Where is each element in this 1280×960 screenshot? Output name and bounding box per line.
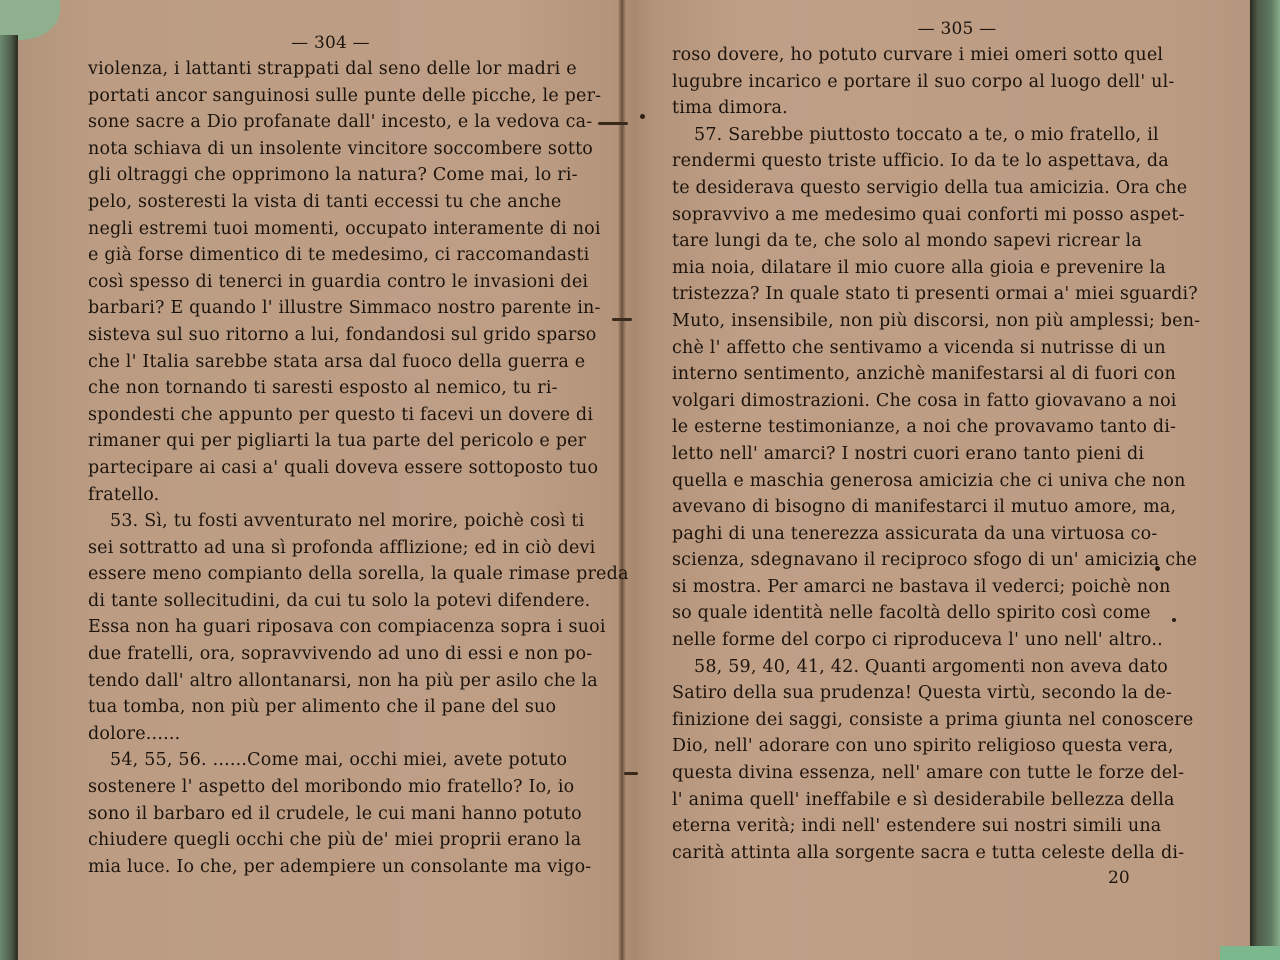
- text-line: Essa non ha guari riposava con compiacen…: [88, 614, 543, 641]
- text-line: 57. Sarebbe piuttosto toccato a te, o mi…: [672, 122, 1142, 149]
- text-line: rendermi questo triste ufficio. Io da te…: [672, 148, 1142, 175]
- text-line: sono il barbaro ed il crudele, le cui ma…: [88, 801, 543, 828]
- text-line: 58, 59, 40, 41, 42. Quanti argomenti non…: [672, 654, 1142, 681]
- text-line: pelo, sosteresti la vista di tanti ecces…: [88, 189, 543, 216]
- text-line: negli estremi tuoi momenti, occupato int…: [88, 216, 543, 243]
- text-line: barbari? E quando l' illustre Simmaco no…: [88, 295, 543, 322]
- book-gutter: [618, 0, 626, 960]
- ink-speck: [1172, 618, 1176, 622]
- text-line: Muto, insensibile, non più discorsi, non…: [672, 308, 1142, 335]
- text-line: si mostra. Per amarci ne bastava il vede…: [672, 574, 1142, 601]
- text-line: che non tornando ti saresti esposto al n…: [88, 375, 543, 402]
- page-body: roso dovere, ho potuto curvare i miei om…: [672, 42, 1142, 866]
- text-line: eterna verità; indi nell' estendere sui …: [672, 813, 1142, 840]
- text-line: che l' Italia sarebbe stata arsa dal fuo…: [88, 349, 543, 376]
- book-spread: — 304 — violenza, i lattanti strappati d…: [0, 0, 1280, 960]
- text-line: letto nell' amarci? I nostri cuori erano…: [672, 441, 1142, 468]
- text-line: violenza, i lattanti strappati dal seno …: [88, 56, 543, 83]
- page-number: — 304 —: [88, 30, 543, 56]
- text-line: rimaner qui per pigliarti la tua parte d…: [88, 428, 543, 455]
- text-line: mia luce. Io che, per adempiere un conso…: [88, 854, 543, 881]
- binding-thread: [598, 122, 628, 125]
- text-line: questa divina essenza, nell' amare con t…: [672, 760, 1142, 787]
- text-line: paghi di una tenerezza assicurata da una…: [672, 521, 1142, 548]
- text-line: le esterne testimonianze, a noi che prov…: [672, 414, 1142, 441]
- text-line: portati ancor sanguinosi sulle punte del…: [88, 83, 543, 110]
- text-line: Satiro della sua prudenza! Questa virtù,…: [672, 680, 1142, 707]
- text-line: sisteva sul suo ritorno a lui, fondandos…: [88, 322, 543, 349]
- text-line: partecipare ai casi a' quali doveva esse…: [88, 455, 543, 482]
- text-line: quella e maschia generosa amicizia che c…: [672, 468, 1142, 495]
- text-line: nelle forme del corpo ci riproduceva l' …: [672, 627, 1142, 654]
- background-corner: [0, 0, 60, 40]
- text-line: chiudere quegli occhi che più de' miei p…: [88, 827, 543, 854]
- right-page: — 305 — roso dovere, ho potuto curvare i…: [672, 30, 1142, 866]
- text-line: di tante sollecitudini, da cui tu solo l…: [88, 588, 543, 615]
- text-line: due fratelli, ora, sopravvivendo ad uno …: [88, 641, 543, 668]
- left-page: — 304 — violenza, i lattanti strappati d…: [88, 30, 543, 880]
- text-line: spondesti che appunto per questo ti face…: [88, 402, 543, 429]
- binding-thread: [624, 772, 638, 775]
- text-line: chè l' affetto che sentivamo a vicenda s…: [672, 335, 1142, 362]
- text-line: tua tomba, non più per alimento che il p…: [88, 694, 543, 721]
- book-cover-edge-right: [1250, 0, 1280, 960]
- text-line: fratello.: [88, 482, 543, 509]
- text-line: tare lungi da te, che solo al mondo sape…: [672, 228, 1142, 255]
- book-cover-edge-left: [0, 35, 18, 960]
- page-number: — 305 —: [672, 16, 1142, 42]
- text-line: 54, 55, 56. ......Come mai, occhi miei, …: [88, 747, 543, 774]
- text-line: dolore......: [88, 721, 543, 748]
- text-line: roso dovere, ho potuto curvare i miei om…: [672, 42, 1142, 69]
- ink-speck: [640, 114, 645, 119]
- text-line: 53. Sì, tu fosti avventurato nel morire,…: [88, 508, 543, 535]
- text-line: finizione dei saggi, consiste a prima gi…: [672, 707, 1142, 734]
- text-line: tristezza? In quale stato ti presenti or…: [672, 281, 1142, 308]
- text-line: mia noia, dilatare il mio cuore alla gio…: [672, 255, 1142, 282]
- background-corner: [1220, 946, 1280, 960]
- signature-mark: 20: [1108, 868, 1130, 888]
- text-line: lugubre incarico e portare il suo corpo …: [672, 69, 1142, 96]
- text-line: e già forse dimentico di te medesimo, ci…: [88, 242, 543, 269]
- binding-thread: [612, 318, 632, 321]
- text-line: avevano di bisogno di manifestarci il mu…: [672, 494, 1142, 521]
- text-line: gli oltraggi che opprimono la natura? Co…: [88, 162, 543, 189]
- text-line: Dio, nell' adorare con uno spirito relig…: [672, 733, 1142, 760]
- text-line: sone sacre a Dio profanate dall' incesto…: [88, 109, 543, 136]
- text-line: sei sottratto ad una sì profonda afflizi…: [88, 535, 543, 562]
- text-line: essere meno compianto della sorella, la …: [88, 561, 543, 588]
- text-line: l' anima quell' ineffabile e sì desidera…: [672, 787, 1142, 814]
- text-line: so quale identità nelle facoltà dello sp…: [672, 600, 1142, 627]
- text-line: scienza, sdegnavano il reciproco sfogo d…: [672, 547, 1142, 574]
- text-line: così spesso di tenerci in guardia contro…: [88, 269, 543, 296]
- text-line: tendo dall' altro allontanarsi, non ha p…: [88, 668, 543, 695]
- text-line: sostenere l' aspetto del moribondo mio f…: [88, 774, 543, 801]
- text-line: carità attinta alla sorgente sacra e tut…: [672, 840, 1142, 867]
- text-line: nota schiava di un insolente vincitore s…: [88, 136, 543, 163]
- text-line: tima dimora.: [672, 95, 1142, 122]
- page-body: violenza, i lattanti strappati dal seno …: [88, 56, 543, 880]
- text-line: sopravvivo a me medesimo quai conforti m…: [672, 202, 1142, 229]
- text-line: te desiderava questo servigio della tua …: [672, 175, 1142, 202]
- text-line: interno sentimento, anzichè manifestarsi…: [672, 361, 1142, 388]
- text-line: volgari dimostrazioni. Che cosa in fatto…: [672, 388, 1142, 415]
